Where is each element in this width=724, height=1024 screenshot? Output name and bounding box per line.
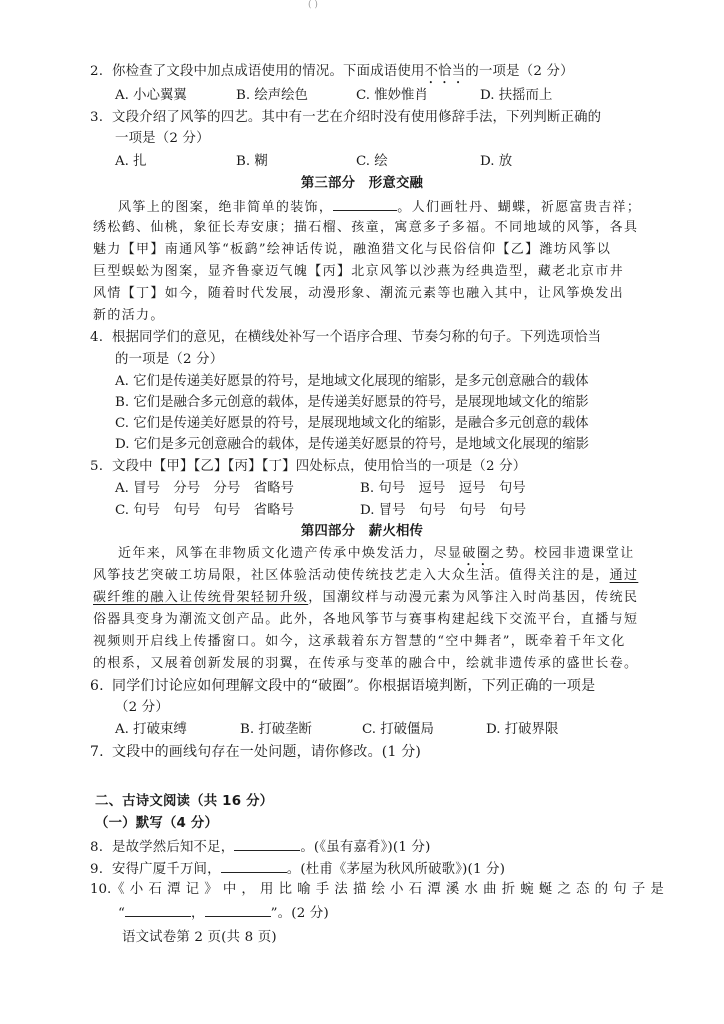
part-4-heading: 第四部分 薪火相传 (0, 522, 724, 542)
answer-blank[interactable] (234, 836, 300, 851)
q2-option-a: A. 小心翼翼 (115, 86, 187, 106)
question-10-answer: “，”。(2 分) (118, 902, 329, 924)
q3-option-a: A. 扎 (115, 152, 147, 172)
q4-option-a: A. 它们是传递美好愿景的符号，是地域文化展现的缩影，是多元创意融合的载体 (115, 372, 588, 392)
q5-option-c: C. 句号 句号 句号 省略号 (115, 501, 294, 521)
section-2-subheading: （一）默写（4 分） (95, 814, 218, 834)
exam-page: ( ) 2.你检查了文段中加点成语使用的情况。下面成语使用不恰当的一项是（2 分… (0, 0, 724, 1024)
underlined-sentence: 通过 (610, 568, 639, 583)
fill-blank (333, 196, 397, 211)
emphasis-dots: 破圈 (462, 546, 491, 561)
part-3-passage-line-2: 绣松鹤、仙桃，象征长寿安康；描石榴、孩童，寓意多子多福。不同地域的风筝，各具 (93, 218, 638, 238)
question-6-stem-cont: （2 分） (115, 698, 169, 718)
question-2-stem: 2.你检查了文段中加点成语使用的情况。下面成语使用不恰当的一项是（2 分） (90, 62, 574, 87)
q4-option-d: D. 它们是多元创意融合的载体，是传递美好愿景的符号，是地域文化展现的缩影 (115, 435, 589, 455)
part-3-passage-line-5: 风情【丁】如今，随着时代发展，动漫形象、潮流元素等也融入其中，让风筝焕发出 (93, 284, 624, 304)
question-4-stem-cont: 的一项是（2 分） (115, 350, 223, 370)
question-3-stem: 3.文段介绍了风筝的四艺。其中有一艺在介绍时没有使用修辞手法，下列判断正确的 (90, 108, 601, 128)
emphasis-dots: 不恰当 (425, 64, 466, 79)
q4-option-c: C. 它们是传递美好愿景的符号，是展现地域文化的缩影，是融合多元创意的载体 (115, 414, 589, 434)
answer-blank[interactable] (125, 902, 191, 917)
q6-option-b: B. 打破垄断 (240, 720, 312, 740)
q3-option-d: D. 放 (480, 152, 512, 172)
q3-option-c: C. 绘 (356, 152, 388, 172)
question-4-stem: 4.根据同学们的意见，在横线处补写一个语序合理、节奏匀称的句子。下列选项恰当 (90, 328, 601, 348)
part-4-passage-line-3: 碳纤维的融入让传统骨架轻韧升级，国潮纹样与动漫元素为风筝注入时尚基因，传统民 (93, 588, 638, 608)
part-4-passage-line-6: 的根系，又展着创新发展的羽翼，在传承与变革的融合中，绘就非遗传承的盛世长卷。 (93, 654, 638, 674)
question-7-stem: 7.文段中的画线句存在一处问题，请你修改。(1 分) (90, 742, 421, 762)
q2-option-b: B. 绘声绘色 (236, 86, 308, 106)
q2-option-c: C. 惟妙惟肖 (356, 86, 428, 106)
q5-option-a: A. 冒号 分号 分号 省略号 (115, 479, 294, 499)
question-3-stem-cont: 一项是（2 分） (115, 129, 210, 149)
part-3-passage-line-4: 巨型蜈蚣为图案，显齐鲁豪迈气魄【丙】北京风筝以沙燕为经典造型，藏老北京市井 (93, 262, 624, 282)
section-2-heading: 二、古诗文阅读（共 16 分） (95, 792, 273, 812)
q4-option-b: B. 它们是融合多元创意的载体，是传递美好愿景的符号，是展现地域文化的缩影 (115, 393, 589, 413)
page-footer: 语文试卷第 2 页(共 8 页) (122, 928, 277, 948)
answer-blank[interactable] (221, 858, 287, 873)
question-6-stem: 6.同学们讨论应如何理解文段中的“破圈”。你根据语境判断，下列正确的一项是 (90, 676, 595, 696)
question-10-stem: 10.《小石潭记》中，用比喻手法描绘小石潭溪水曲折蜿蜒之态的句子是 (90, 880, 669, 900)
answer-blank[interactable] (205, 902, 271, 917)
question-5-stem: 5.文段中【甲】【乙】【丙】【丁】四处标点，使用恰当的一项是（2 分） (90, 457, 526, 477)
top-edge-mark: ( ) (308, 0, 318, 10)
part-4-passage-line-5: 视频则开启线上传播窗口。如今，这承载着东方智慧的“空中舞者”，既牵着千年文化 (93, 632, 626, 652)
q6-option-c: C. 打破僵局 (362, 720, 434, 740)
part-4-passage-line-2: 风筝技艺突破工坊局限，社区体验活动使传统技艺走入大众生活。值得关注的是，通过 (93, 566, 638, 586)
part-3-passage-line-6: 新的活力。 (93, 306, 165, 326)
question-9: 9.安得广厦千万间，。(杜甫《茅屋为秋风所破歌》)(1 分) (90, 858, 505, 880)
q6-option-a: A. 打破束缚 (115, 720, 187, 740)
part-3-passage-line-3: 魅力【甲】南通风筝“板鹞”绘神话传说，融渔猎文化与民俗信仰【乙】潍坊风筝以 (93, 240, 611, 260)
question-8: 8.是故学然后知不足，。(《虽有嘉肴》)(1 分) (90, 836, 431, 858)
q5-option-b: B. 句号 逗号 逗号 句号 (360, 479, 526, 499)
q6-option-d: D. 打破界限 (486, 720, 558, 740)
q5-option-d: D. 冒号 句号 句号 句号 (360, 501, 526, 521)
q2-option-d: D. 扶摇而上 (480, 86, 552, 106)
part-4-passage-line-4: 俗器具变身为潮流文创产品。此外，各地风筝节与赛事构建起线下交流平台，直播与短 (93, 610, 638, 630)
part-3-heading: 第三部分 形意交融 (0, 174, 724, 194)
underlined-sentence: 碳纤维的融入让传统骨架轻韧升级 (93, 590, 308, 605)
part-3-passage-line-1: 风筝上的图案，绝非简单的装饰，。人们画牡丹、蝴蝶，祈愿富贵吉祥； (118, 196, 641, 218)
q3-option-b: B. 糊 (236, 152, 268, 172)
